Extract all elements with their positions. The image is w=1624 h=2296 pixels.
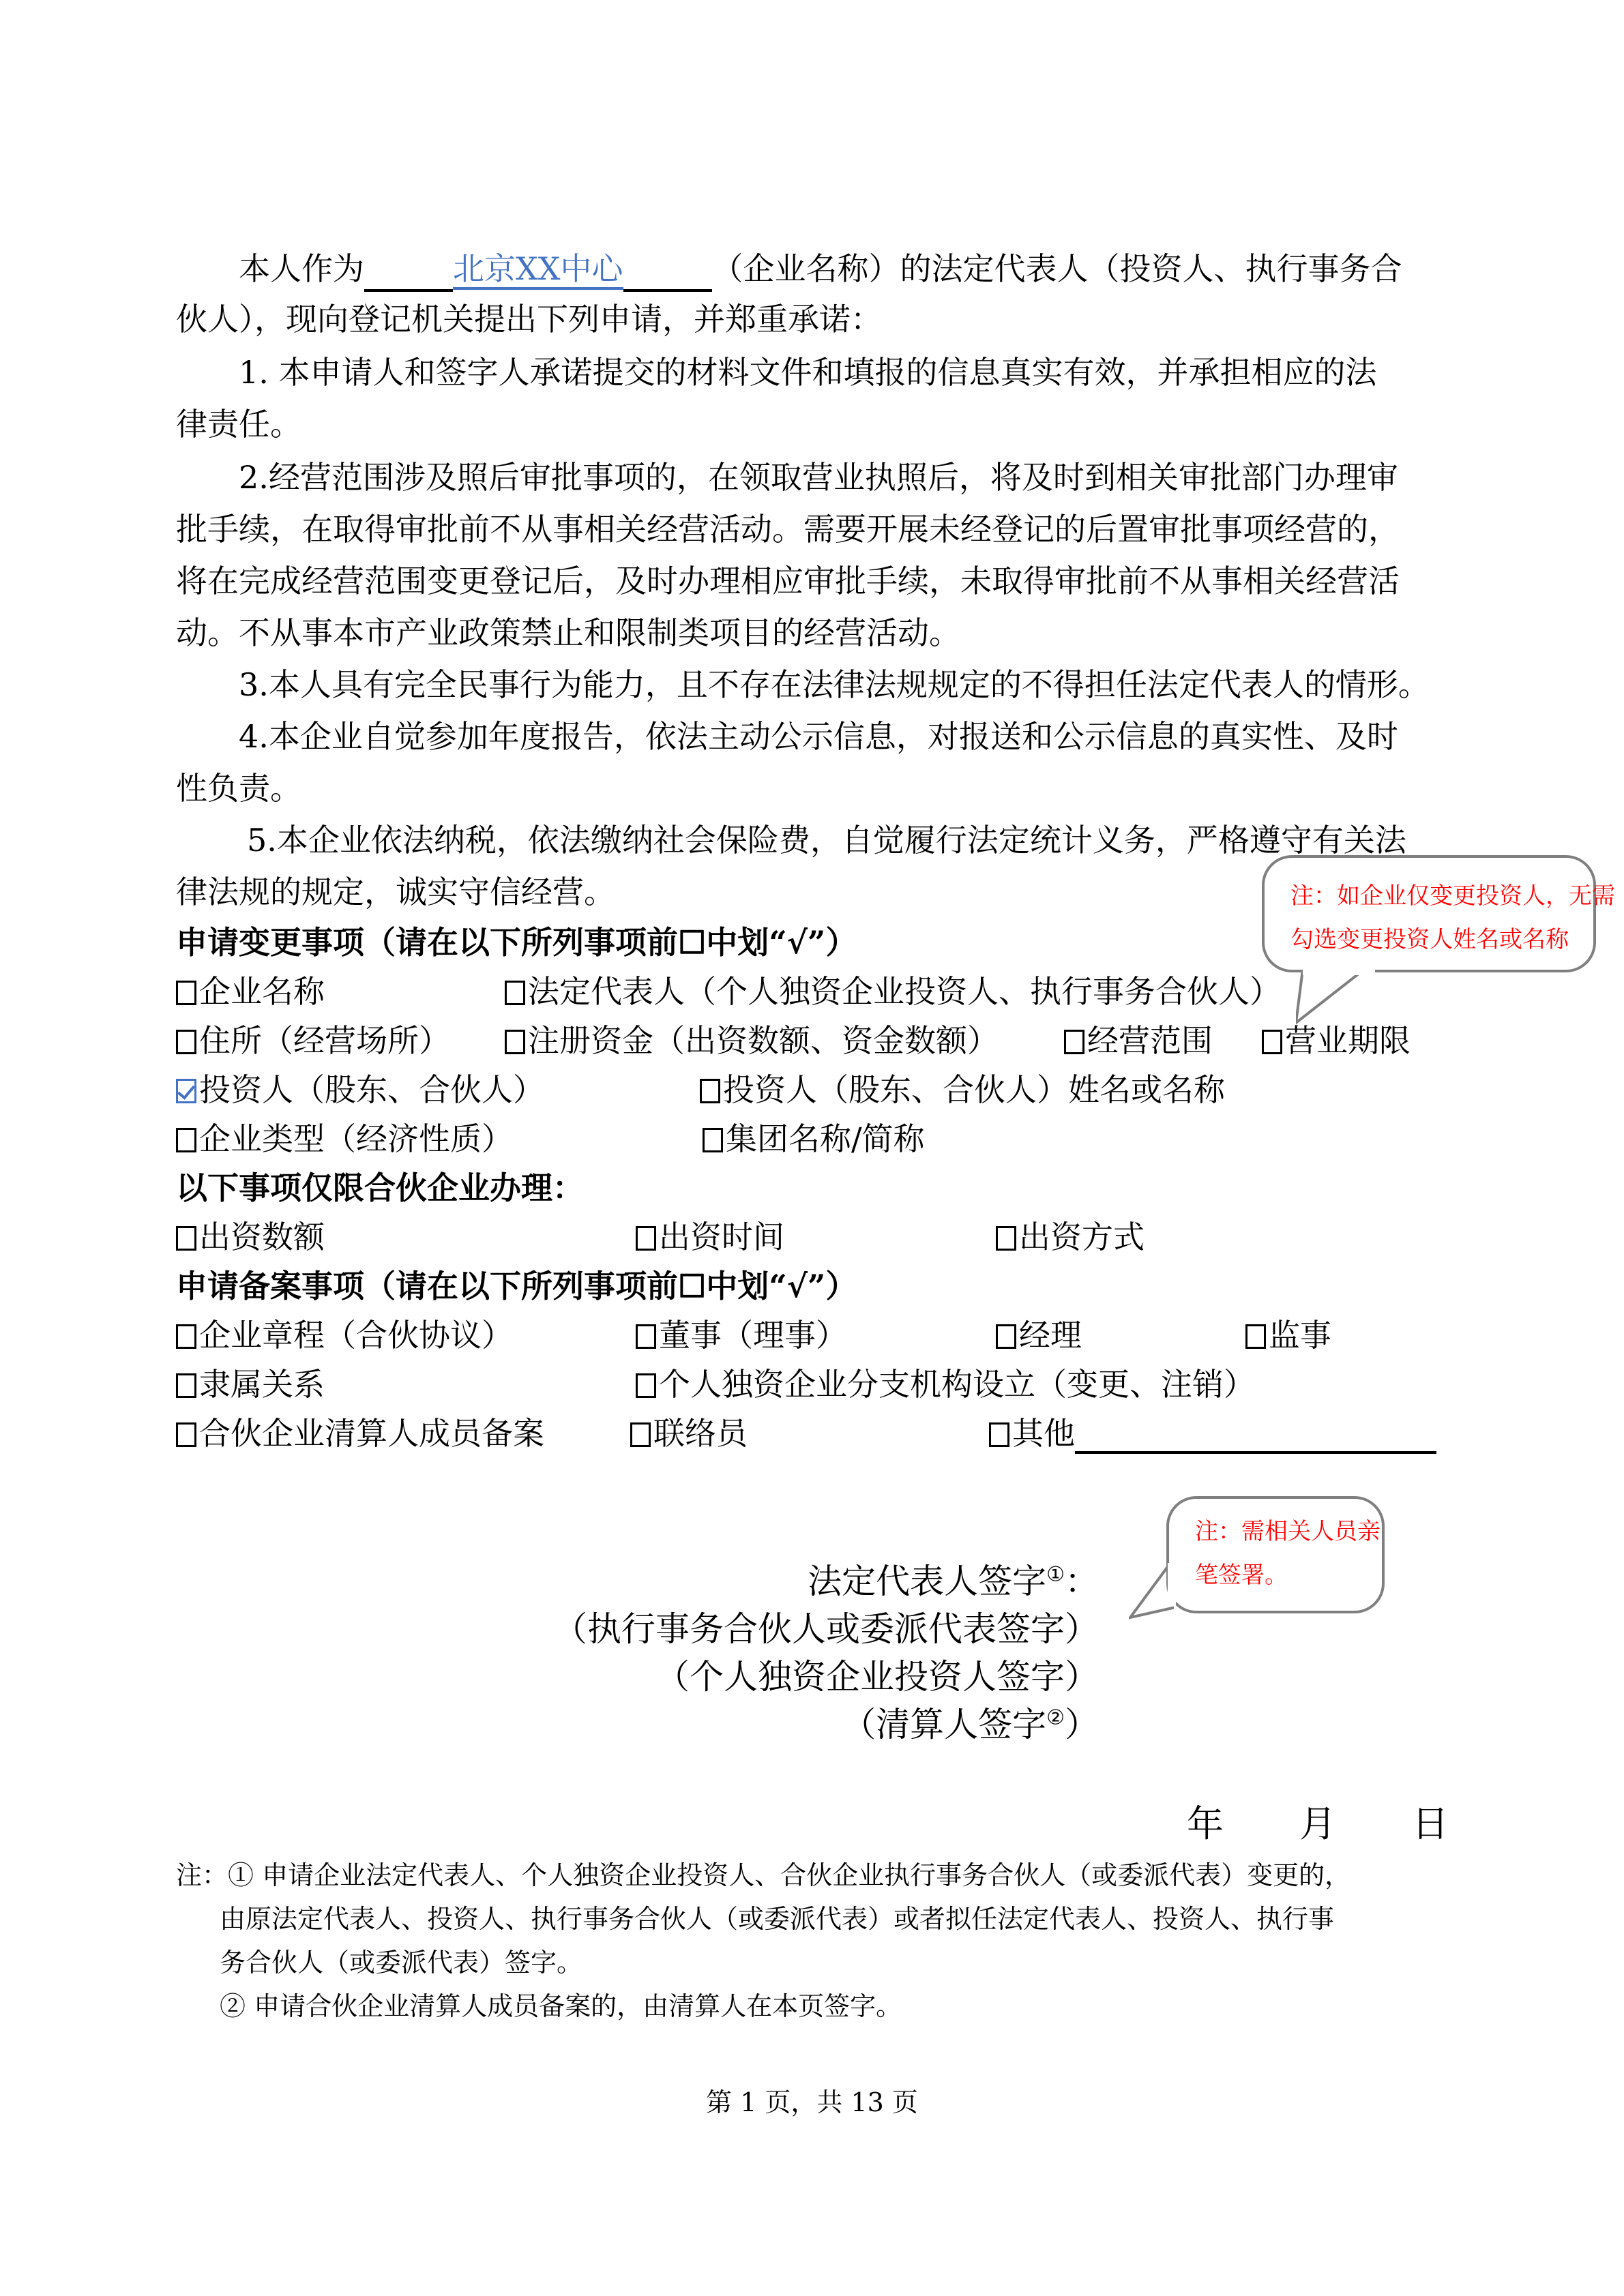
signature-sole-investor: （个人独资企业投资人签字） bbox=[655, 1654, 1099, 1699]
checkbox-icon[interactable] bbox=[176, 1128, 196, 1152]
intro-suffix: （企业名称）的法定代表人（投资人、执行事务合 bbox=[712, 250, 1402, 287]
checkbox-label: 投资人（股东、合伙人） bbox=[199, 1071, 544, 1108]
change-section-heading: 申请变更事项（请在以下所列事项前☐中划“√”） bbox=[176, 922, 857, 963]
company-name-underline-right bbox=[623, 248, 712, 292]
checkbox-investor-name[interactable]: 投资人（股东、合伙人）姓名或名称 bbox=[700, 1069, 1225, 1110]
checkbox-business-scope[interactable]: 经营范围 bbox=[1064, 1020, 1213, 1061]
checkbox-affiliation[interactable]: 隶属关系 bbox=[176, 1364, 325, 1405]
date-month-label: 月 bbox=[1299, 1800, 1336, 1848]
notes-line-1: 注：① 申请企业法定代表人、个人独资企业投资人、合伙企业执行事务合伙人（或委派代… bbox=[176, 1855, 1350, 1896]
promise-5-line-1: 5.本企业依法纳税，依法缴纳社会保险费，自觉履行法定统计义务，严格遵守有关法 bbox=[247, 820, 1406, 861]
checkbox-label: 注册资金（出资数额、资金数额） bbox=[528, 1022, 999, 1059]
checkbox-label: 住所（经营场所） bbox=[199, 1022, 450, 1059]
checkbox-icon[interactable] bbox=[703, 1128, 723, 1152]
checkbox-label: 集团名称/简称 bbox=[726, 1120, 925, 1157]
checkbox-label: 出资数额 bbox=[199, 1219, 325, 1255]
intro-line-2: 伙人），现向登记机关提出下列申请，并郑重承诺： bbox=[176, 299, 882, 340]
promise-5-line-2: 律法规的规定，诚实守信经营。 bbox=[176, 871, 615, 912]
checkbox-label: 合伙企业清算人成员备案 bbox=[199, 1415, 544, 1452]
checkbox-director[interactable]: 董事（理事） bbox=[636, 1315, 847, 1356]
checkbox-label: 联络员 bbox=[653, 1415, 748, 1452]
intro-prefix: 本人作为 bbox=[239, 250, 364, 287]
signature-colon: ： bbox=[1065, 1562, 1099, 1601]
notes-label: 注： bbox=[176, 1860, 228, 1890]
checkbox-label: 企业名称 bbox=[199, 973, 325, 1010]
checkbox-icon[interactable] bbox=[176, 1324, 196, 1349]
callout-investor-line-2: 勾选变更投资人姓名或名称 bbox=[1290, 918, 1615, 961]
checkbox-manager[interactable]: 经理 bbox=[996, 1315, 1082, 1356]
promise-3-line-1: 3.本人具有完全民事行为能力，且不存在法律法规规定的不得担任法定代表人的情形。 bbox=[239, 664, 1430, 705]
date-year-label: 年 bbox=[1187, 1800, 1224, 1848]
checkbox-capital-amount[interactable]: 出资数额 bbox=[176, 1217, 325, 1257]
notes-line-3: 务合伙人（或委派代表）签字。 bbox=[220, 1942, 582, 1983]
checkbox-label: 企业章程（合伙协议） bbox=[199, 1317, 513, 1354]
checkbox-capital-time[interactable]: 出资时间 bbox=[636, 1217, 784, 1257]
checkbox-icon[interactable] bbox=[700, 1079, 720, 1103]
checkbox-articles-of-association[interactable]: 企业章程（合伙协议） bbox=[176, 1315, 513, 1356]
checkbox-checked-icon[interactable] bbox=[176, 1079, 196, 1103]
checkbox-domicile[interactable]: 住所（经营场所） bbox=[176, 1020, 450, 1061]
checkbox-investor[interactable]: 投资人（股东、合伙人） bbox=[176, 1069, 544, 1110]
date-day-label: 日 bbox=[1412, 1800, 1449, 1848]
checkbox-label: 监事 bbox=[1269, 1317, 1331, 1354]
checkbox-icon[interactable] bbox=[176, 1373, 196, 1398]
checkbox-label: 个人独资企业分支机构设立（变更、注销） bbox=[659, 1366, 1255, 1403]
callout-signature-note: 注：需相关人员亲 笔签署。 bbox=[1166, 1496, 1385, 1613]
checkbox-icon[interactable] bbox=[636, 1324, 656, 1349]
promise-1-line-2: 律责任。 bbox=[176, 404, 301, 445]
callout-seam-2 bbox=[1168, 1563, 1176, 1607]
checkbox-label: 其他 bbox=[1012, 1415, 1075, 1452]
footnote-marker-1: ① bbox=[1046, 1562, 1065, 1586]
callout-signature-line-1: 注：需相关人员亲 bbox=[1195, 1510, 1381, 1553]
callout-investor-note: 注：如企业仅变更投资人，无需 勾选变更投资人姓名或名称 bbox=[1262, 855, 1596, 972]
callout-seam bbox=[1303, 967, 1375, 975]
checkbox-icon[interactable] bbox=[176, 981, 196, 1005]
signature-partner: （执行事务合伙人或委派代表签字） bbox=[553, 1607, 1099, 1652]
checkbox-icon[interactable] bbox=[505, 1030, 525, 1054]
checkbox-icon[interactable] bbox=[176, 1226, 196, 1251]
checkbox-group-name[interactable]: 集团名称/简称 bbox=[703, 1118, 925, 1159]
notes-line-4: ② 申请合伙企业清算人成员备案的，由清算人在本页签字。 bbox=[220, 1986, 902, 2027]
promise-1-line-1: 1. 本申请人和签字人承诺提交的材料文件和填报的信息真实有效，并承担相应的法 bbox=[239, 352, 1377, 393]
promise-2-line-2: 批手续，在取得审批前不从事相关经营活动。需要开展未经登记的后置审批事项经营的， bbox=[176, 509, 1400, 550]
checkbox-icon[interactable] bbox=[996, 1226, 1016, 1251]
checkbox-label: 出资方式 bbox=[1019, 1219, 1145, 1255]
checkbox-enterprise-name[interactable]: 企业名称 bbox=[176, 971, 325, 1012]
note-1-text: ① 申请企业法定代表人、个人独资企业投资人、合伙企业执行事务合伙人（或委派代表）… bbox=[228, 1860, 1350, 1890]
signature-legal-rep: 法定代表人签字①： bbox=[808, 1559, 1099, 1604]
other-input-field[interactable] bbox=[1075, 1416, 1436, 1454]
promise-2-line-3: 将在完成经营范围变更登记后，及时办理相应审批手续，未取得审批前不从事相关经营活 bbox=[176, 561, 1400, 601]
checkbox-icon[interactable] bbox=[996, 1324, 1016, 1349]
signature-legal-rep-label: 法定代表人签字 bbox=[808, 1562, 1046, 1601]
promise-2-line-1: 2.经营范围涉及照后审批事项的，在领取营业执照后，将及时到相关审批部门办理审 bbox=[239, 457, 1398, 498]
checkbox-icon[interactable] bbox=[636, 1226, 656, 1251]
checkbox-label: 法定代表人（个人独资企业投资人、执行事务合伙人） bbox=[528, 973, 1281, 1010]
checkbox-branch-setup[interactable]: 个人独资企业分支机构设立（变更、注销） bbox=[636, 1364, 1255, 1405]
checkbox-supervisor[interactable]: 监事 bbox=[1245, 1315, 1331, 1356]
checkbox-enterprise-type[interactable]: 企业类型（经济性质） bbox=[176, 1118, 513, 1159]
partnership-section-heading: 以下事项仅限合伙企业办理： bbox=[176, 1167, 584, 1208]
checkbox-icon[interactable] bbox=[989, 1422, 1009, 1447]
checkbox-legal-representative[interactable]: 法定代表人（个人独资企业投资人、执行事务合伙人） bbox=[505, 971, 1281, 1012]
checkbox-registered-capital[interactable]: 注册资金（出资数额、资金数额） bbox=[505, 1020, 999, 1061]
promise-4-line-2: 性负责。 bbox=[176, 768, 301, 809]
checkbox-icon[interactable] bbox=[630, 1422, 651, 1447]
checkbox-label: 企业类型（经济性质） bbox=[199, 1120, 513, 1157]
checkbox-label: 经营范围 bbox=[1087, 1022, 1213, 1059]
checkbox-label: 董事（理事） bbox=[659, 1317, 847, 1354]
filing-section-heading: 申请备案事项（请在以下所列事项前☐中划“√”） bbox=[176, 1266, 857, 1307]
checkbox-icon[interactable] bbox=[1262, 1030, 1282, 1054]
checkbox-label: 经理 bbox=[1019, 1317, 1082, 1354]
footnote-marker-2: ② bbox=[1046, 1705, 1065, 1729]
checkbox-liaison[interactable]: 联络员 bbox=[630, 1413, 748, 1454]
checkbox-liquidator-filing[interactable]: 合伙企业清算人成员备案 bbox=[176, 1413, 544, 1454]
checkbox-icon[interactable] bbox=[636, 1373, 656, 1398]
checkbox-icon[interactable] bbox=[1245, 1324, 1266, 1349]
promise-2-line-4: 动。不从事本市产业政策禁止和限制类项目的经营活动。 bbox=[176, 612, 960, 653]
checkbox-capital-method[interactable]: 出资方式 bbox=[996, 1217, 1145, 1257]
page-indicator: 第 1 页，共 13 页 bbox=[706, 2085, 918, 2119]
callout-investor-line-1: 注：如企业仅变更投资人，无需 bbox=[1290, 874, 1615, 918]
document-page: 本人作为 北京XX中心 （企业名称）的法定代表人（投资人、执行事务合 伙人），现… bbox=[0, 0, 1624, 2296]
checkbox-label: 投资人（股东、合伙人）姓名或名称 bbox=[723, 1071, 1225, 1108]
intro-line-1: 本人作为 北京XX中心 （企业名称）的法定代表人（投资人、执行事务合 bbox=[239, 248, 1402, 292]
checkbox-icon[interactable] bbox=[1064, 1030, 1084, 1054]
signature-liquidator-label: （清算人签字 bbox=[842, 1705, 1046, 1744]
checkbox-icon[interactable] bbox=[505, 981, 525, 1005]
checkbox-icon[interactable] bbox=[176, 1422, 196, 1447]
checkbox-label: 隶属关系 bbox=[199, 1366, 325, 1403]
company-name-field[interactable]: 北京XX中心 bbox=[453, 250, 623, 290]
promise-4-line-1: 4.本企业自觉参加年度报告，依法主动公示信息，对报送和公示信息的真实性、及时 bbox=[239, 716, 1398, 757]
checkbox-icon[interactable] bbox=[176, 1030, 196, 1054]
company-name-underline-left bbox=[364, 248, 453, 292]
checkbox-other[interactable]: 其他 bbox=[989, 1413, 1436, 1454]
callout-signature-line-2: 笔签署。 bbox=[1195, 1553, 1381, 1597]
signature-liquidator: （清算人签字②） bbox=[842, 1702, 1099, 1747]
notes-line-2: 由原法定代表人、投资人、执行事务合伙人（或委派代表）或者拟任法定代表人、投资人、… bbox=[220, 1898, 1334, 1939]
signature-liquidator-close: ） bbox=[1065, 1705, 1099, 1744]
checkbox-label: 出资时间 bbox=[659, 1219, 784, 1255]
